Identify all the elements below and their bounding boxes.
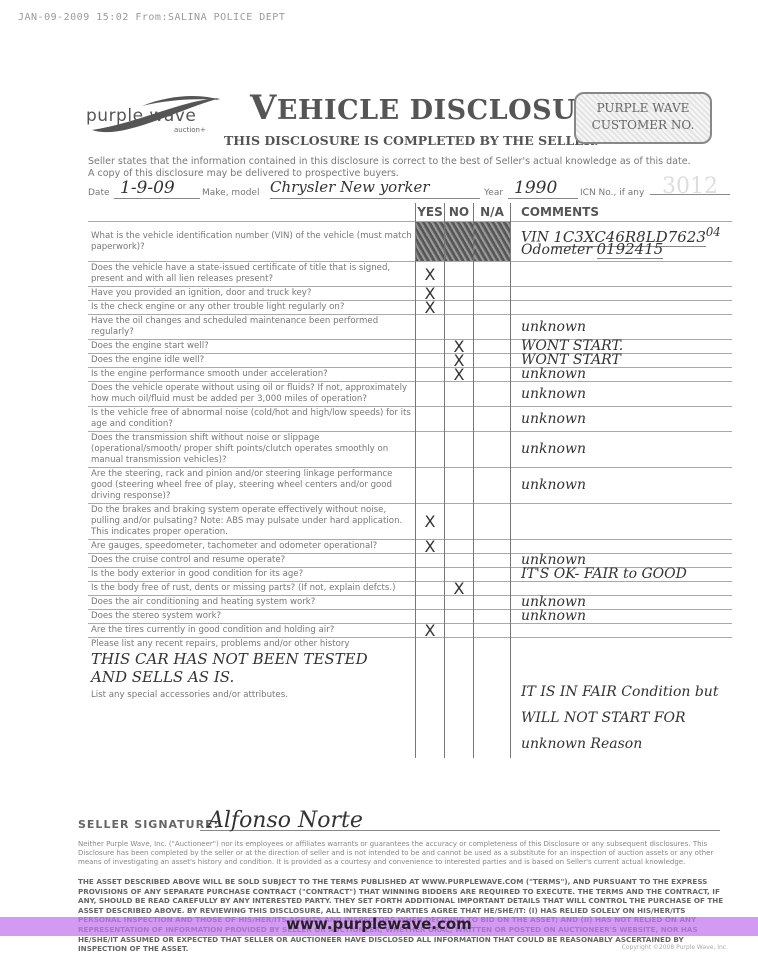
comment-field[interactable]: unknown: [511, 407, 733, 432]
question-text: Are gauges, speedometer, tachometer and …: [88, 540, 416, 554]
table-row: Does the engine start well?XWONT START.: [88, 340, 732, 354]
header-yes: YES: [416, 203, 445, 222]
intro-line1: Seller states that the information conta…: [88, 156, 738, 168]
icn-field[interactable]: 3012: [650, 174, 730, 195]
signature-field[interactable]: Alfonso Norte: [208, 808, 363, 833]
table-row: Does the air conditioning and heating sy…: [88, 596, 732, 610]
yes-checkbox[interactable]: [416, 340, 445, 354]
vehicle-fields: Date 1-9-09 Make, model Chrysler New yor…: [88, 184, 738, 204]
table-row: Is the engine performance smooth under a…: [88, 368, 732, 382]
na-checkbox[interactable]: [474, 382, 511, 407]
comment-field[interactable]: [511, 624, 733, 638]
comment-field[interactable]: unknown: [511, 382, 733, 407]
na-checkbox[interactable]: [474, 624, 511, 638]
na-checkbox[interactable]: [474, 596, 511, 610]
table-row: Is the check engine or any other trouble…: [88, 301, 732, 315]
table-row: Does the transmission shift without nois…: [88, 432, 732, 468]
accessories-label: List any special accessories and/or attr…: [91, 690, 412, 701]
no-checkbox[interactable]: [445, 301, 474, 315]
na-checkbox[interactable]: [474, 554, 511, 568]
table-row: Is the vehicle free of abnormal noise (c…: [88, 407, 732, 432]
yes-checkbox[interactable]: [416, 354, 445, 368]
header-comments: COMMENTS: [511, 203, 733, 222]
intro-statement: Seller states that the information conta…: [88, 156, 738, 180]
table-row: Does the stereo system work?unknown: [88, 610, 732, 624]
no-checkbox[interactable]: [445, 382, 474, 407]
na-checkbox[interactable]: [474, 540, 511, 554]
vin-comment: VIN 1C3XC46R8LD762304 Odometer 0192415: [511, 222, 733, 262]
history-label: Please list any recent repairs, problems…: [91, 639, 412, 650]
question-text: Have the oil changes and scheduled maint…: [88, 315, 416, 340]
no-checkbox[interactable]: [445, 504, 474, 540]
yes-checkbox[interactable]: [416, 432, 445, 468]
question-text: Does the engine start well?: [88, 340, 416, 354]
date-field[interactable]: 1-9-09: [114, 178, 200, 199]
question-text: Does the cruise control and resume opera…: [88, 554, 416, 568]
stamp-line2: CUSTOMER NO.: [576, 117, 710, 134]
yes-checkbox[interactable]: [416, 568, 445, 582]
na-checkbox[interactable]: [474, 432, 511, 468]
yes-checkbox[interactable]: [416, 468, 445, 504]
na-checkbox[interactable]: [474, 315, 511, 340]
table-row: Does the vehicle operate without using o…: [88, 382, 732, 407]
na-checkbox[interactable]: [474, 262, 511, 287]
final-comment[interactable]: IT IS IN FAIR Condition but WILL NOT STA…: [511, 638, 733, 759]
year-field[interactable]: 1990: [508, 178, 578, 199]
question-text: Does the air conditioning and heating sy…: [88, 596, 416, 610]
table-row: Does the vehicle have a state-issued cer…: [88, 262, 732, 287]
vin-shaded-yes: [416, 222, 445, 262]
history-na[interactable]: [474, 638, 511, 759]
na-checkbox[interactable]: [474, 354, 511, 368]
header-na: N/A: [474, 203, 511, 222]
vin-suffix: 04: [706, 225, 721, 239]
icn-label: ICN No., if any: [580, 188, 644, 198]
question-text: Are the tires currently in good conditio…: [88, 624, 416, 638]
question-text: Is the vehicle free of abnormal noise (c…: [88, 407, 416, 432]
comment-field[interactable]: unknown: [511, 368, 733, 382]
table-row: Does the engine idle well?XWONT START: [88, 354, 732, 368]
history-row: Please list any recent repairs, problems…: [88, 638, 732, 759]
comment-field[interactable]: [511, 504, 733, 540]
table-header: YES NO N/A COMMENTS: [88, 203, 732, 222]
vin-shaded-na: [474, 222, 511, 262]
comment-field[interactable]: unknown: [511, 315, 733, 340]
comment-field[interactable]: IT'S OK- FAIR to GOOD: [511, 568, 733, 582]
page-title: VEHICLE DISCLOSURE: [250, 88, 620, 128]
table-row: Are gauges, speedometer, tachometer and …: [88, 540, 732, 554]
vin-row: What is the vehicle identification numbe…: [88, 222, 732, 262]
no-checkbox[interactable]: X: [445, 368, 474, 382]
yes-checkbox[interactable]: [416, 582, 445, 596]
no-checkbox[interactable]: [445, 468, 474, 504]
header-question: [88, 203, 416, 222]
customer-number-stamp: PURPLE WAVE CUSTOMER NO.: [574, 92, 712, 144]
disclaimer-text: Neither Purple Wave, Inc. ("Auctioneer")…: [78, 840, 726, 866]
disclosure-table: YES NO N/A COMMENTS What is the vehicle …: [88, 203, 732, 758]
odometer-label: Odometer: [521, 242, 592, 258]
make-label: Make, model: [202, 188, 259, 198]
yes-checkbox[interactable]: X: [416, 301, 445, 315]
comment-field[interactable]: [511, 262, 733, 287]
yes-checkbox[interactable]: [416, 596, 445, 610]
history-cell: Please list any recent repairs, problems…: [88, 638, 416, 759]
question-text: Have you provided an ignition, door and …: [88, 287, 416, 301]
question-text: Does the vehicle have a state-issued cer…: [88, 262, 416, 287]
table-row: Have you provided an ignition, door and …: [88, 287, 732, 301]
yes-checkbox[interactable]: X: [416, 262, 445, 287]
question-text: Are the steering, rack and pinion and/or…: [88, 468, 416, 504]
na-checkbox[interactable]: [474, 340, 511, 354]
title-rest: EHICLE DISCLOSURE: [277, 95, 620, 126]
comment-field[interactable]: unknown: [511, 610, 733, 624]
question-text: Does the vehicle operate without using o…: [88, 382, 416, 407]
question-text: Is the body exterior in good condition f…: [88, 568, 416, 582]
signature-label: SELLER SIGNATURE:: [78, 818, 219, 831]
no-checkbox[interactable]: [445, 407, 474, 432]
table-row: Are the tires currently in good conditio…: [88, 624, 732, 638]
question-text: Does the engine idle well?: [88, 354, 416, 368]
vin-shaded-no: [445, 222, 474, 262]
no-checkbox[interactable]: [445, 610, 474, 624]
no-checkbox[interactable]: [445, 540, 474, 554]
na-checkbox[interactable]: [474, 504, 511, 540]
na-checkbox[interactable]: [474, 568, 511, 582]
yes-checkbox[interactable]: [416, 382, 445, 407]
purple-wave-logo: purple wave auction+: [82, 92, 222, 142]
fax-header: JAN-09-2009 15:02 From:SALINA POLICE DEP…: [18, 12, 285, 23]
table-row: Is the body exterior in good condition f…: [88, 568, 732, 582]
comment-field[interactable]: unknown: [511, 432, 733, 468]
year-label: Year: [484, 188, 503, 198]
table-row: Is the body free of rust, dents or missi…: [88, 582, 732, 596]
yes-checkbox[interactable]: X: [416, 540, 445, 554]
question-text: Is the engine performance smooth under a…: [88, 368, 416, 382]
na-checkbox[interactable]: [474, 582, 511, 596]
watermark-url[interactable]: www.purplewave.com: [0, 915, 758, 933]
title-initial: V: [250, 88, 277, 128]
comment-field[interactable]: [511, 287, 733, 301]
na-checkbox[interactable]: [474, 368, 511, 382]
no-checkbox[interactable]: [445, 432, 474, 468]
history-field[interactable]: THIS CAR HAS NOT BEEN TESTED AND SELLS A…: [91, 650, 391, 686]
table-row: Do the brakes and braking system operate…: [88, 504, 732, 540]
table-row: Have the oil changes and scheduled maint…: [88, 315, 732, 340]
header-no: NO: [445, 203, 474, 222]
history-yes[interactable]: [416, 638, 445, 759]
question-text: Is the body free of rust, dents or missi…: [88, 582, 416, 596]
no-checkbox[interactable]: [445, 287, 474, 301]
history-no[interactable]: [445, 638, 474, 759]
vin-question: What is the vehicle identification numbe…: [88, 222, 416, 262]
logo-brand: purple wave: [86, 106, 196, 126]
no-checkbox[interactable]: [445, 315, 474, 340]
yes-checkbox[interactable]: [416, 407, 445, 432]
no-checkbox[interactable]: [445, 262, 474, 287]
comment-field[interactable]: [511, 301, 733, 315]
question-text: Does the transmission shift without nois…: [88, 432, 416, 468]
stamp-line1: PURPLE WAVE: [576, 100, 710, 117]
question-text: Does the stereo system work?: [88, 610, 416, 624]
question-text: Is the check engine or any other trouble…: [88, 301, 416, 315]
no-checkbox[interactable]: [445, 624, 474, 638]
yes-checkbox[interactable]: [416, 315, 445, 340]
comment-field[interactable]: unknown: [511, 468, 733, 504]
na-checkbox[interactable]: [474, 407, 511, 432]
yes-checkbox[interactable]: X: [416, 624, 445, 638]
page-subtitle: THIS DISCLOSURE IS COMPLETED BY THE SELL…: [224, 133, 599, 148]
no-checkbox[interactable]: X: [445, 582, 474, 596]
odometer-field[interactable]: 0192415: [597, 240, 664, 259]
na-checkbox[interactable]: [474, 287, 511, 301]
logo-sub: auction+: [174, 126, 206, 134]
yes-checkbox[interactable]: X: [416, 504, 445, 540]
na-checkbox[interactable]: [474, 468, 511, 504]
date-label: Date: [88, 188, 110, 198]
question-text: Do the brakes and braking system operate…: [88, 504, 416, 540]
na-checkbox[interactable]: [474, 301, 511, 315]
question-rows: Does the vehicle have a state-issued cer…: [88, 262, 732, 638]
yes-checkbox[interactable]: [416, 368, 445, 382]
table-row: Are the steering, rack and pinion and/or…: [88, 468, 732, 504]
copyright: Copyright ©2008 Purple Wave, Inc.: [622, 944, 728, 951]
na-checkbox[interactable]: [474, 610, 511, 624]
make-model-field[interactable]: Chrysler New yorker: [270, 178, 480, 199]
no-checkbox[interactable]: [445, 554, 474, 568]
